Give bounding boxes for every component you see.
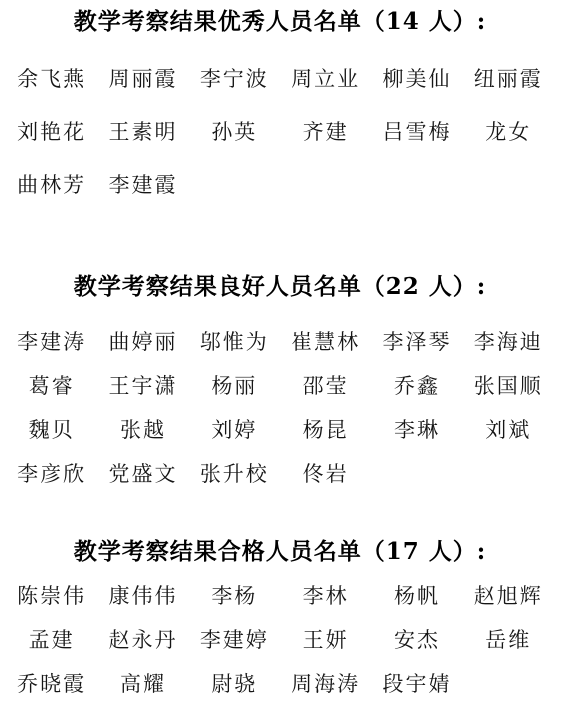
name-row: 陈崇伟康伟伟李杨李林杨帆赵旭辉 — [6, 585, 554, 607]
name-row: 李建涛曲婷丽邬惟为崔慧林李泽琴李海迪 — [6, 331, 554, 353]
person-name: 李彦欣 — [6, 463, 97, 485]
person-name: 孙英 — [189, 121, 280, 143]
person-name: 赵旭辉 — [463, 585, 554, 607]
person-name: 杨丽 — [189, 375, 280, 397]
person-name: 张国顺 — [463, 375, 554, 397]
person-name: 陈崇伟 — [6, 585, 97, 607]
person-name: 岳维 — [463, 629, 554, 651]
person-name: 李泽琴 — [371, 331, 462, 353]
person-name: 段宇婧 — [371, 673, 462, 695]
name-grid-good: 李建涛曲婷丽邬惟为崔慧林李泽琴李海迪葛睿王宇潇杨丽邵莹乔鑫张国顺魏贝张越刘婷杨昆… — [6, 331, 554, 485]
name-row: 曲林芳李建霞 — [6, 174, 554, 196]
person-name: 王妍 — [280, 629, 371, 651]
person-name: 王宇潇 — [97, 375, 188, 397]
name-row: 魏贝张越刘婷杨昆李琳刘斌 — [6, 419, 554, 441]
name-row: 刘艳花王素明孙英齐建吕雪梅龙女 — [6, 121, 554, 143]
person-name: 杨昆 — [280, 419, 371, 441]
empty-cell — [371, 174, 462, 196]
person-name: 赵永丹 — [97, 629, 188, 651]
person-name: 杨帆 — [371, 585, 462, 607]
person-name: 李杨 — [189, 585, 280, 607]
person-name: 刘斌 — [463, 419, 554, 441]
person-name: 周立业 — [280, 68, 371, 90]
empty-cell — [463, 463, 554, 485]
person-name: 曲婷丽 — [97, 331, 188, 353]
person-name: 李琳 — [371, 419, 462, 441]
person-name: 葛睿 — [6, 375, 97, 397]
person-name: 余飞燕 — [6, 68, 97, 90]
person-name: 吕雪梅 — [371, 121, 462, 143]
person-name: 康伟伟 — [97, 585, 188, 607]
person-name: 李建霞 — [97, 174, 188, 196]
person-name: 孟建 — [6, 629, 97, 651]
empty-cell — [189, 174, 280, 196]
name-row: 葛睿王宇潇杨丽邵莹乔鑫张国顺 — [6, 375, 554, 397]
section-good-title: 教学考察结果良好人员名单（22 人）: — [6, 275, 554, 299]
section-excellent-title: 教学考察结果优秀人员名单（14 人）: — [6, 10, 554, 34]
person-name: 张越 — [97, 419, 188, 441]
person-name: 崔慧林 — [280, 331, 371, 353]
person-name: 李林 — [280, 585, 371, 607]
person-name: 曲林芳 — [6, 174, 97, 196]
person-name: 柳美仙 — [371, 68, 462, 90]
person-name: 魏贝 — [6, 419, 97, 441]
name-row: 孟建赵永丹李建婷王妍安杰岳维 — [6, 629, 554, 651]
person-name: 王素明 — [97, 121, 188, 143]
person-name: 乔鑫 — [371, 375, 462, 397]
empty-cell — [463, 174, 554, 196]
person-name: 李建涛 — [6, 331, 97, 353]
person-name: 党盛文 — [97, 463, 188, 485]
person-name: 高耀 — [97, 673, 188, 695]
person-name: 刘艳花 — [6, 121, 97, 143]
person-name: 张升校 — [189, 463, 280, 485]
section-excellent-list: 教学考察结果优秀人员名单（14 人）: 余飞燕周丽霞李宁波周立业柳美仙纽丽霞刘艳… — [6, 10, 554, 196]
name-row: 李彦欣党盛文张升校佟岩 — [6, 463, 554, 485]
person-name: 尉骁 — [189, 673, 280, 695]
person-name: 乔晓霞 — [6, 673, 97, 695]
person-name: 齐建 — [280, 121, 371, 143]
section-qualified-list: 教学考察结果合格人员名单（17 人）: 陈崇伟康伟伟李杨李林杨帆赵旭辉孟建赵永丹… — [6, 540, 554, 695]
person-name: 邬惟为 — [189, 331, 280, 353]
name-row: 乔晓霞高耀尉骁周海涛段宇婧 — [6, 673, 554, 695]
person-name: 李海迪 — [463, 331, 554, 353]
name-grid-qualified: 陈崇伟康伟伟李杨李林杨帆赵旭辉孟建赵永丹李建婷王妍安杰岳维乔晓霞高耀尉骁周海涛段… — [6, 585, 554, 695]
empty-cell — [280, 174, 371, 196]
name-row: 余飞燕周丽霞李宁波周立业柳美仙纽丽霞 — [6, 68, 554, 90]
person-name: 龙女 — [463, 121, 554, 143]
person-name: 邵莹 — [280, 375, 371, 397]
section-qualified-title: 教学考察结果合格人员名单（17 人）: — [6, 540, 554, 564]
document-page: 教学考察结果优秀人员名单（14 人）: 余飞燕周丽霞李宁波周立业柳美仙纽丽霞刘艳… — [0, 0, 568, 695]
person-name: 刘婷 — [189, 419, 280, 441]
person-name: 佟岩 — [280, 463, 371, 485]
name-grid-excellent: 余飞燕周丽霞李宁波周立业柳美仙纽丽霞刘艳花王素明孙英齐建吕雪梅龙女曲林芳李建霞 — [6, 68, 554, 196]
empty-cell — [371, 463, 462, 485]
person-name: 周海涛 — [280, 673, 371, 695]
person-name: 李宁波 — [189, 68, 280, 90]
person-name: 纽丽霞 — [463, 68, 554, 90]
person-name: 周丽霞 — [97, 68, 188, 90]
person-name: 安杰 — [371, 629, 462, 651]
section-good-list: 教学考察结果良好人员名单（22 人）: 李建涛曲婷丽邬惟为崔慧林李泽琴李海迪葛睿… — [6, 275, 554, 485]
person-name: 李建婷 — [189, 629, 280, 651]
empty-cell — [463, 673, 554, 695]
